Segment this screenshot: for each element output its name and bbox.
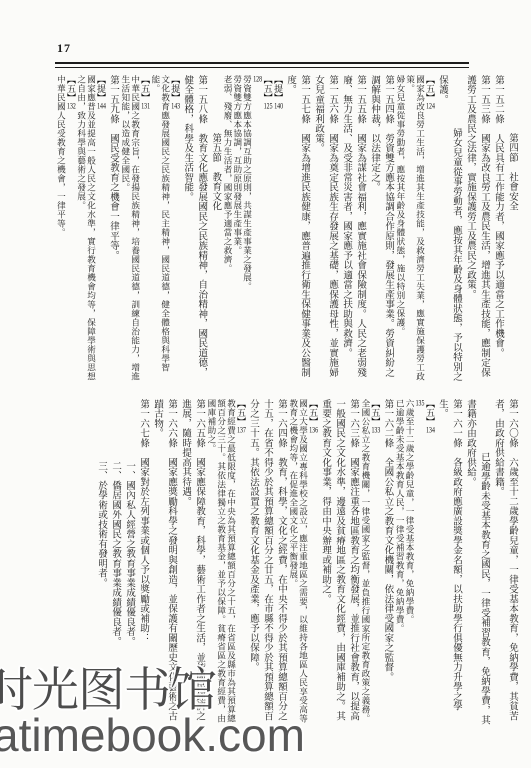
article-text: 第一五七條 國家為增進民族健康，應普遍推行衛生保健事業及公醫制度。 [283, 75, 311, 383]
annotation-text: 國立大學及國立專科學校之設立，應注重地區之需要，以維持各地區人民享受高等教育之機… [288, 399, 308, 727]
annotation-text: 中華民國人民受教育之機會，一律平等。 [56, 75, 66, 383]
marker-number: 143 [171, 102, 180, 110]
marker-number: 131 [141, 102, 150, 110]
annotation-text: 勞資雙方應本協調互助之原則，共謀生產事業之發展。 [242, 75, 252, 383]
annotation-text: 文化教育應發展國民之民族精神，民主精神，國民道德，健全體格與科學智能。 [150, 75, 170, 383]
annotation-marker: 【提】143 [170, 75, 181, 383]
annotation-marker: 【五】131 [140, 75, 151, 383]
article-continuation: 已逾學齡未受基本教育之國民，一律受補習教育，免納學費，其書籍亦由政府供給。 [463, 399, 491, 727]
annotation-text: 全國公私立之教育機關，一律受國家之監督，並負推行國家所定教育政策之義務。 [360, 399, 370, 727]
article-text: 第一六一條 各級政府應廣設獎學金名額，以扶助學行俱優無力升學之學生。 [435, 399, 463, 727]
article-text: 第一六四條 教育，科學，文化之經費，在中央不得少於其預算總額百分之十五，在省不得… [246, 399, 288, 727]
annotation-marker: 【提】140 [273, 75, 284, 383]
annotation-text: 老弱、殘廢、無力生活者，國家應予適當之救濟。 [222, 75, 232, 383]
annotation-marker: 135 [414, 399, 425, 727]
annotation-marker: 【五】133 [370, 399, 381, 727]
annotation-marker: 【五】124 [425, 75, 436, 383]
annotation-marker: 【提】144 [96, 75, 107, 383]
marker-number: 144 [97, 102, 106, 110]
article-text: 第一五六條 國家為奠定民族生存發展之基礎，應保護母性，並實施婦女兒童福利政策。 [311, 75, 339, 383]
article-text: 第一六五條 國家應保障教育，科學，藝術工作者之生活，並依國民經濟之進展，隨時提高… [178, 399, 206, 727]
marker-number: 135 [416, 399, 425, 407]
marker-number: 132 [67, 102, 76, 110]
marker-number: 133 [371, 426, 380, 434]
annotation-text: 婦女兒童從事勞動者，應按其年齡及身體狀態，施以特別之保護。 [395, 75, 405, 383]
marker-bracket-label: 【提】 [96, 75, 106, 102]
marker-bracket-label: 【提】 [273, 75, 283, 102]
section-heading: 第五節 教育文化 [208, 75, 222, 383]
annotation-marker: 【五】132 [65, 75, 76, 383]
page-number: 17 [57, 41, 71, 56]
section-heading: 第四節 社會安全 [505, 75, 519, 383]
marker-bracket-label: 【五】 [308, 399, 318, 426]
marker-bracket-label: 【五】 [236, 399, 246, 426]
annotation-text: 中華民國之教育宗旨，在發揚民族精神，培養國民道德，訓練自治能力，增進生活知能，以… [120, 75, 140, 383]
book-page: 17 第四節 社會安全第一五二條 人民具有工作能力者，國家應予以適當之工作機會。… [0, 0, 531, 768]
article-text: 第一六三條 國家應注重各地區教育之均衡發展，並推行社會教育，以提高一般國民之文化… [318, 399, 360, 727]
marker-bracket-label: 【五】 [370, 399, 380, 426]
article-text: 第一五九條 國民受教育之機會一律平等。 [106, 75, 120, 383]
article-text: 第一六二條 全國公私立之教育文化機關，依法律受國家之監督。 [380, 399, 394, 727]
lower-text-band: 第一六〇條 六歲至十二歲學齡兒童，一律受基本教育，免納學費，其貧苦者，由政府供給… [27, 399, 519, 727]
marker-number: 124 [426, 102, 435, 110]
marker-bracket-label: 【五】 [140, 75, 150, 102]
marker-bracket-label: 【五】 [425, 399, 435, 426]
annotation-marker: 【五】136 [308, 399, 319, 727]
list-item: 三、於學術或技術有發明者。 [94, 399, 108, 727]
article-text: 第一五五條 國家為謀社會福利，應實施社會保險制度。人民之老弱殘廢、無力生活、及受… [339, 75, 367, 383]
marker-bracket-label: 【五】 [425, 75, 435, 102]
article-text: 第一五二條 人民具有工作能力者，國家應予以適當之工作機會。 [491, 75, 505, 383]
annotation-marker: 【五】137 [236, 399, 247, 727]
article-text: 第一六〇條 六歲至十二歲學齡兒童，一律受基本教育，免納學費，其貧苦者，由政府供給… [491, 399, 519, 727]
annotation-marker: 128 [252, 75, 263, 383]
annotation-marker: 【五】125 [262, 75, 273, 383]
marker-bracket-label: 【提】 [170, 75, 180, 102]
marker-bracket-label: 【五】 [66, 75, 76, 102]
marker-number: 137 [237, 426, 246, 434]
marker-number: 136 [309, 426, 318, 434]
annotation-text: 國家為改良勞工生活，增進其生產技能，及救濟勞工失業，應實施保護勞工政策。 [405, 75, 425, 383]
list-item: 二、僑居國外國民之教育事業成績優良者。 [108, 399, 122, 727]
annotation-text: 已逾學齡未受基本教育人民，一律受補習教育，免納學費。 [394, 399, 404, 727]
article-text: 第一六七條 國家對於左列事業或個人予以獎勵或補助： [136, 399, 150, 727]
annotation-text: 教育經費之最低限度，在中央為其預算總額百分之十五，在省區及縣市為其預算總額百分之… [206, 399, 235, 727]
marker-number: 128 [253, 75, 262, 83]
header-double-rule [55, 62, 469, 68]
upper-text-band: 第四節 社會安全第一五二條 人民具有工作能力者，國家應予以適當之工作機會。第一五… [27, 75, 519, 383]
annotation-text: 六歲至十二歲之學齡兒童，一律受基本教育，免納學費。 [404, 399, 414, 727]
marker-bracket-label: 【五】 [263, 75, 273, 102]
marker-number: 140 [274, 102, 283, 110]
article-text: 第一六六條 國家應獎勵科學之發明與創造，並保護有關歷史文化藝術之古蹟古物。 [150, 399, 178, 727]
article-text: 第一五三條 國家為改良勞工及農民生活，增進其生產技能，應制定保護勞工及農民之法律… [463, 75, 491, 383]
annotation-text: 國家應普及並提高一般人民之文化水準，實行教育機會均等，保障學術與思想之自由，致力… [76, 75, 96, 383]
article-text: 第一五八條 教育文化應發展國民之民族精神，自治精神，國民道德，健全體格，科學及生… [180, 75, 208, 383]
marker-number: 134 [426, 426, 435, 434]
article-continuation: 婦女兒童從事勞動者，應按其年齡及身體狀態，予以特別之保護。 [435, 75, 463, 383]
annotation-marker: 【五】134 [425, 399, 436, 727]
annotation-text: 勞資雙方應本協調，互助原則發展生產事業。 [232, 75, 242, 383]
list-item: 一、國內私人經營之教育事業成績優良者。 [122, 399, 136, 727]
marker-number: 125 [264, 102, 273, 110]
article-text: 第一五四條 勞資雙方應本協調合作原則，發展生產事業。勞資糾紛之調解與仲裁，以法律… [367, 75, 395, 383]
